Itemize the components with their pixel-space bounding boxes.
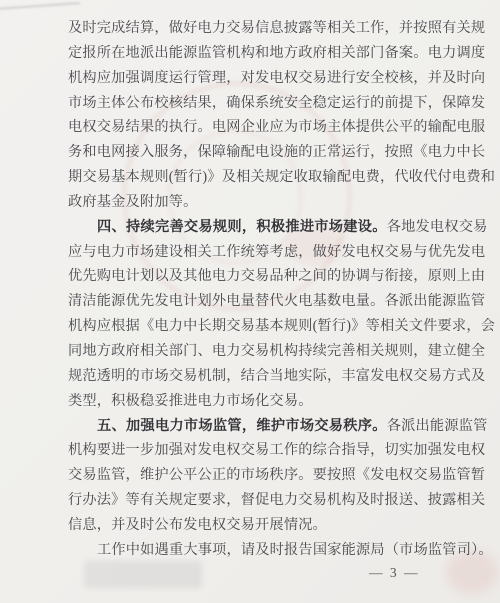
text-line: 同地方政府相关部门、电力交易机构持续完善相关规则，建立健全 [68,339,460,364]
text-line: 机构应根据《电力中长期交易基本规则(暂行)》等相关文件要求，会 [68,314,460,339]
text-line-closing: 工作中如遇重大事项，请及时报告国家能源局（市场监管司）。 [68,538,460,563]
line-text: 应与电力市场建设相关工作统筹考虑，做好发电权交易与优先发电 [68,244,485,260]
page-number: — 3 — [369,565,420,581]
text-line: 市场主体公布校核结果，确保系统安全稳定运行的前提下，保障发 [68,91,460,116]
text-line: 机构应加强调度运行管理，对发电权交易进行安全校核，并及时向 [68,66,460,91]
line-text: 工作中如遇重大事项，请及时报告国家能源局（市场监管司）。 [97,542,493,558]
line-text: 机构应加强调度运行管理，对发电权交易进行安全校核，并及时向 [68,70,485,86]
document-page: 及时完成结算，做好电力交易信息披露等相关工作，并按照有关规 定报所在地派出能源监… [0,0,500,603]
line-text: 行办法》等有关规定要求，督促电力交易机构及时报送、披露相关 [68,492,485,508]
text-line-section-4: 四、持续完善交易规则，积极推进市场建设。各地发电权交易 [68,215,460,240]
text-line: 规范透明的市场交易机制，结合当地实际，丰富发电权交易方式及 [68,364,460,389]
line-text: 定报所在地派出能源监管机构和地方政府相关部门备案。电力调度 [68,45,485,61]
line-text: 规范透明的市场交易机制，结合当地实际，丰富发电权交易方式及 [68,368,485,384]
line-text: 电权交易结果的执行。电网企业应为市场主体提供公平的输配电服 [68,119,485,135]
line-text: 及时完成结算，做好电力交易信息披露等相关工作，并按照有关规 [68,20,485,36]
line-text: 信息，并及时公布发电权交易开展情况。 [68,517,327,533]
text-line: 政府基金及附加等。 [68,190,460,215]
line-text: 同地方政府相关部门、电力交易机构持续完善相关规则，建立健全 [68,343,485,359]
line-text: 期交易基本规则(暂行)》及相关规定收取输配电费，代收代付电费和 [68,169,495,185]
text-line-section-5: 五、加强电力市场监管，维护市场交易秩序。各派出能源监管 [68,414,460,439]
document-body: 及时完成结算，做好电力交易信息披露等相关工作，并按照有关规 定报所在地派出能源监… [68,16,460,563]
line-text: 务和电网接入服务，保障输配电设施的正常运行，按照《电力中长 [68,144,485,160]
line-text: 机构应根据《电力中长期交易基本规则(暂行)》等相关文件要求，会 [68,318,495,334]
scan-streak-artifact [0,2,80,10]
text-line: 务和电网接入服务，保障输配电设施的正常运行，按照《电力中长 [68,140,460,165]
line-text: 市场主体公布校核结果，确保系统安全稳定运行的前提下，保障发 [68,95,485,111]
text-line: 优先购电计划以及其他电力交易品种之间的协调与衔接，原则上由 [68,264,460,289]
text-line: 及时完成结算，做好电力交易信息披露等相关工作，并按照有关规 [68,16,460,41]
line-text: 机构要进一步加强对发电权交易工作的综合指导，切实加强发电权 [68,442,485,458]
text-line: 定报所在地派出能源监管机构和地方政府相关部门备案。电力调度 [68,41,460,66]
line-text: 清洁能源优先发电计划外电量替代火电基数电量。各派出能源监管 [68,293,485,309]
text-line: 类型，积极稳妥推进电力市场化交易。 [68,389,460,414]
text-line: 电权交易结果的执行。电网企业应为市场主体提供公平的输配电服 [68,115,460,140]
line-text: 各地发电权交易 [387,219,488,235]
text-line: 交易监管，维护公平公正的市场秩序。要按照《发电权交易监管暂 [68,463,460,488]
line-text: 优先购电计划以及其他电力交易品种之间的协调与衔接，原则上由 [68,268,485,284]
section-heading-text: 四、持续完善交易规则，积极推进市场建设。 [97,219,387,235]
section-heading-text: 五、加强电力市场监管，维护市场交易秩序。 [97,418,387,434]
ink-smudge [84,561,202,588]
text-line: 清洁能源优先发电计划外电量替代火电基数电量。各派出能源监管 [68,289,460,314]
text-line: 期交易基本规则(暂行)》及相关规定收取输配电费，代收代付电费和 [68,165,460,190]
text-line: 机构要进一步加强对发电权交易工作的综合指导，切实加强发电权 [68,438,460,463]
line-text: 交易监管，维护公平公正的市场秩序。要按照《发电权交易监管暂 [68,467,485,483]
text-line: 应与电力市场建设相关工作统筹考虑，做好发电权交易与优先发电 [68,240,460,265]
line-text: 政府基金及附加等。 [68,194,198,210]
text-line: 信息，并及时公布发电权交易开展情况。 [68,513,460,538]
text-line: 行办法》等有关规定要求，督促电力交易机构及时报送、披露相关 [68,488,460,513]
line-text: 类型，积极稳妥推进电力市场化交易。 [68,393,313,409]
line-text: 各派出能源监管 [387,418,488,434]
